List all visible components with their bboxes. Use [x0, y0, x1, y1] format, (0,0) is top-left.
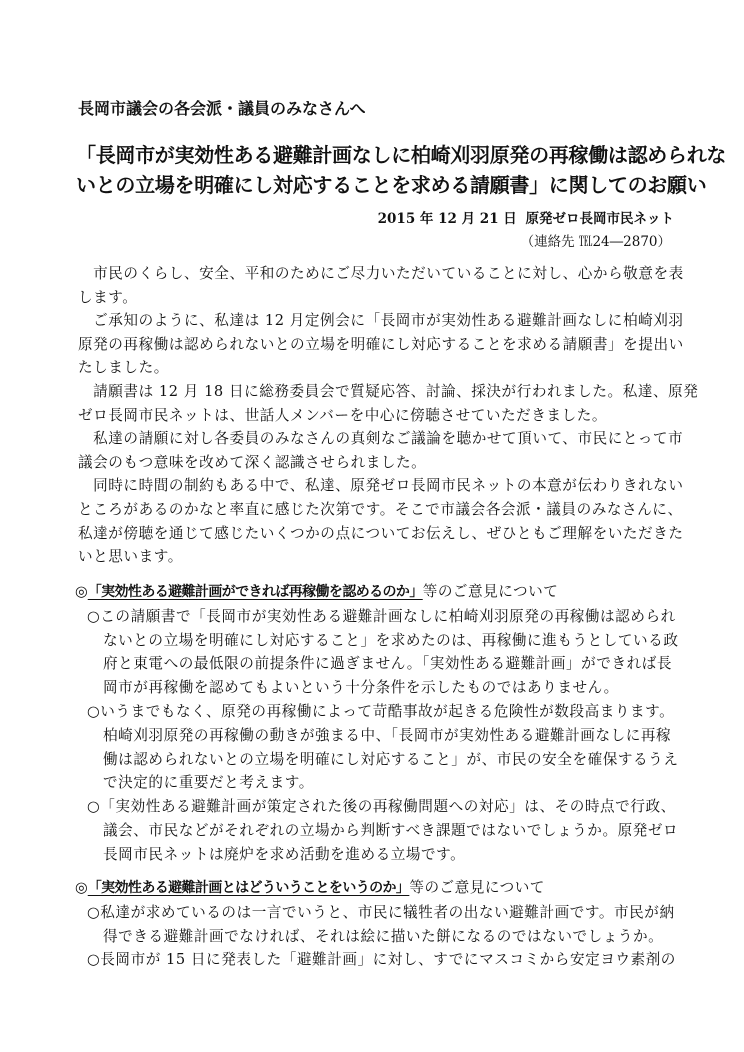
contact-info: （連絡先 ℡24―2870）: [521, 230, 671, 250]
double-circle-icon: ◎: [75, 879, 88, 896]
section-what-is-feasible-plan: ◎「実効性ある避難計画とはどういうことをいうのか」等のご意見について ○私達が求…: [75, 876, 685, 972]
body-line: 私達の請願に対し各委員のみなさんの真剣なご議論を聴かせて頂いて、市民にとって市: [78, 427, 678, 451]
section-item: ○いうまでもなく、原発の再稼働によって苛酷事故が起きる危険性が数段高まります。 …: [75, 700, 685, 795]
body-line: 請願書は 12 月 18 日に総務委員会で質疑応答、討論、採決が行われました。私…: [78, 380, 678, 404]
body-line: ところがあるのかなと率直に感じた次第です。そこで市議会各会派・議員のみなさんに、: [78, 498, 678, 522]
section-heading-quoted: 「実効性ある避難計画ができれば再稼働を認めるのか」: [88, 584, 423, 600]
body-line: ゼロ長岡市民ネットは、世話人メンバーを中心に傍聴させていただきました。: [78, 404, 678, 428]
document-title: 「長岡市が実効性ある避難計画なしに柏崎刈羽原発の再稼働は認められな いとの立場を…: [76, 140, 696, 200]
item-line: ○いうまでもなく、原発の再稼働によって苛酷事故が起きる危険性が数段高まります。: [87, 700, 685, 724]
item-line: 府と東電への最低限の前提条件に過ぎません。「実効性ある避難計画」ができれば長: [87, 652, 685, 676]
item-line: ○この請願書で「長岡市が実効性ある避難計画なしに柏崎刈羽原発の再稼働は認められ: [87, 605, 685, 629]
body-line: 市民のくらし、安全、平和のためにご尽力いただいていることに対し、心から敬意を表: [78, 262, 678, 286]
item-line: ○私達が求めているのは一言でいうと、市民に犠牲者の出ない避難計画です。市民が納: [87, 901, 685, 925]
addressee-line: 長岡市議会の各会派・議員のみなさんへ: [78, 96, 366, 119]
item-line: 岡市が再稼働を認めてもよいという十分条件を示したものではありません。: [87, 676, 685, 700]
body-line: します。: [78, 286, 678, 310]
intro-body: 市民のくらし、安全、平和のためにご尽力いただいていることに対し、心から敬意を表 …: [78, 262, 678, 569]
section-heading-quoted: 「実効性ある避難計画とはどういうことをいうのか」: [88, 880, 410, 896]
body-line: ご承知のように、私達は 12 月定例会に「長岡市が実効性ある避難計画なしに柏崎刈…: [78, 309, 678, 333]
document-date: 2015 年 12 月 21 日: [378, 211, 517, 227]
double-circle-icon: ◎: [75, 583, 88, 600]
item-line: ○「実効性ある避難計画が策定された後の再稼働問題への対応」は、その時点で行政、: [87, 795, 685, 819]
sender-organization: 原発ゼロ長岡市民ネット: [526, 211, 675, 227]
item-line: ○長岡市が 15 日に発表した「避難計画」に対し、すでにマスコミから安定ヨウ素剤…: [87, 948, 685, 972]
section-item: ○私達が求めているのは一言でいうと、市民に犠牲者の出ない避難計画です。市民が納 …: [75, 901, 685, 949]
body-line: 同時に時間の制約もある中で、私達、原発ゼロ長岡市民ネットの本意が伝わりきれない: [78, 474, 678, 498]
item-line: 得できる避難計画でなければ、それは絵に描いた餅になるのではないでしょうか。: [87, 925, 685, 949]
body-line: 原発の再稼働は認められないとの立場を明確にし対応することを求める請願書」を提出い: [78, 333, 678, 357]
item-line: で決定的に重要だと考えます。: [87, 771, 685, 795]
title-line: 「長岡市が実効性ある避難計画なしに柏崎刈羽原発の再稼働は認められな: [76, 140, 696, 170]
item-line: 働は認められないとの立場を明確にし対応すること」が、市民の安全を確保するうえ: [87, 748, 685, 772]
item-line: 柏崎刈羽原発の再稼働の動きが強まる中、「長岡市が実効性ある避難計画なしに再稼: [87, 724, 685, 748]
body-line: 議会のもつ意味を改めて深く認識させられました。: [78, 451, 678, 475]
section-heading: ◎「実効性ある避難計画とはどういうことをいうのか」等のご意見について: [75, 876, 685, 901]
body-line: たしました。: [78, 356, 678, 380]
item-line: 議会、市民などがそれぞれの立場から判断すべき課題ではないでしょうか。原発ゼロ: [87, 819, 685, 843]
body-line: いと思います。: [78, 545, 678, 569]
section-feasible-plan-restart: ◎「実効性ある避難計画ができれば再稼働を認めるのか」等のご意見について ○この請…: [75, 580, 685, 867]
section-item: ○「実効性ある避難計画が策定された後の再稼働問題への対応」は、その時点で行政、 …: [75, 795, 685, 866]
date-and-sender: 2015 年 12 月 21 日 原発ゼロ長岡市民ネット: [374, 207, 674, 227]
document-page: 長岡市議会の各会派・議員のみなさんへ 「長岡市が実効性ある避難計画なしに柏崎刈羽…: [0, 0, 744, 1052]
title-line: いとの立場を明確にし対応することを求める請願書」に関してのお願い: [76, 170, 696, 200]
section-heading-rest: 等のご意見について: [423, 583, 559, 600]
section-heading: ◎「実効性ある避難計画ができれば再稼働を認めるのか」等のご意見について: [75, 580, 685, 605]
section-item: ○長岡市が 15 日に発表した「避難計画」に対し、すでにマスコミから安定ヨウ素剤…: [75, 948, 685, 972]
item-line: ないとの立場を明確にし対応すること」を求めたのは、再稼働に進もうとしている政: [87, 629, 685, 653]
section-item: ○この請願書で「長岡市が実効性ある避難計画なしに柏崎刈羽原発の再稼働は認められ …: [75, 605, 685, 700]
section-heading-rest: 等のご意見について: [409, 879, 545, 896]
body-line: 私達が傍聴を通じて感じたいくつかの点についてお伝えし、ぜひともご理解をいただきた: [78, 522, 678, 546]
item-line: 長岡市民ネットは廃炉を求め活動を進める立場です。: [87, 843, 685, 867]
